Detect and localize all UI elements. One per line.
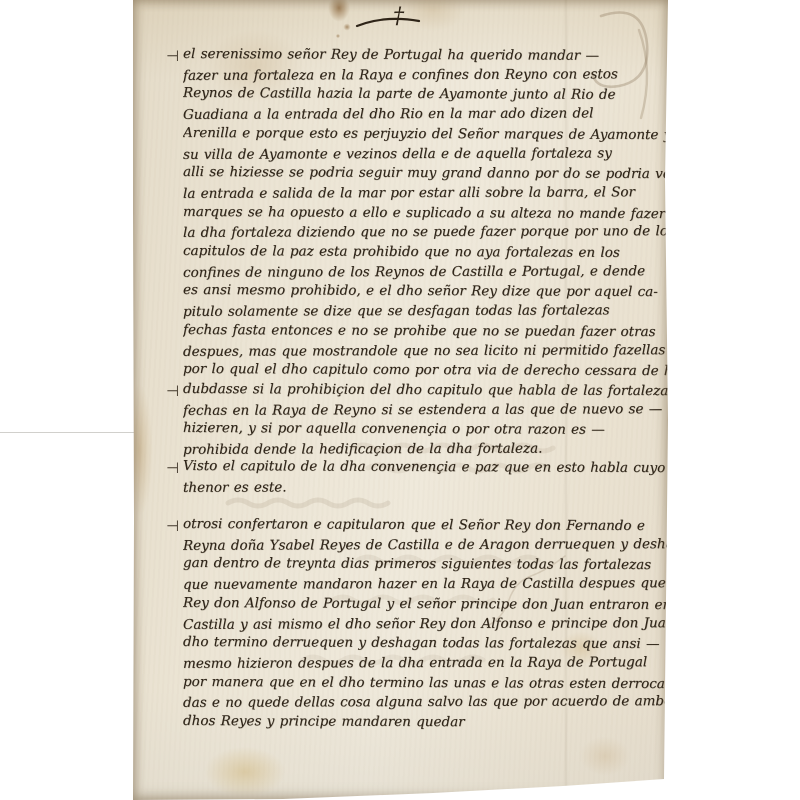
manuscript-line: dhos Reyes y principe mandaren quedar [183,712,671,734]
manuscript-line: capitulos de la paz esta prohibido que n… [183,242,671,264]
manuscript-line: Reyna doña Ysabel Reyes de Castilla e de… [183,535,671,556]
manuscript-line: el serenissimo señor Rey de Portugal ha … [183,45,671,67]
manuscript-line: es ansi mesmo prohibido, e el dho señor … [183,281,671,303]
paragraph-mark-icon: ⊣ [166,382,179,400]
manuscript-line: su villa de Ayamonte e vezinos della e d… [183,144,671,165]
manuscript-paragraph: ⊣ dubdasse si la prohibiçion del dho cap… [183,381,671,460]
backing-sheet-edge-line [0,432,134,433]
manuscript-line: por lo qual el dho capitulo como por otr… [183,360,671,382]
manuscript-line: despues, mas que mostrandole que no sea … [183,341,671,362]
manuscript-page: † ⊣ el serenissimo señor Rey de Portugal… [133,0,668,800]
manuscript-line: hizieren, y si por aquella convenençia o… [183,419,671,441]
invocation-cross-swoosh [357,19,419,26]
manuscript-line: dho termino derruequen y deshagan todas … [183,633,671,655]
manuscript-line: mesmo hizieron despues de la dha entrada… [183,653,671,674]
manuscript-line: confines de ninguno de los Reynos de Cas… [183,262,671,283]
manuscript-paragraph: ⊣ otrosi confertaron e capitularon que e… [183,516,671,733]
manuscript-line: fechas en la Raya de Reyno si se estende… [183,400,671,421]
manuscript-line: gan dentro de treynta dias primeros sigu… [183,554,671,576]
showthrough-text-ghost [228,500,388,506]
photograph-background: † ⊣ el serenissimo señor Rey de Portugal… [0,0,800,800]
manuscript-line: Rey don Alfonso de Portugal y el señor p… [183,594,671,616]
manuscript-paragraph: ⊣ el serenissimo señor Rey de Portugal h… [183,46,671,381]
manuscript-line: Guadiana a la entrada del dho Rio en la … [183,104,671,125]
manuscript-line: Castilla y asi mismo el dho señor Rey do… [183,614,671,635]
manuscript-line: das e no quede dellas cosa alguna salvo … [183,692,671,713]
paragraph-lines: el serenissimo señor Rey de Portugal ha … [183,46,671,381]
paragraph-lines: dubdasse si la prohibiçion del dho capit… [183,381,671,460]
manuscript-line: fazer una fortaleza en la Raya e confine… [183,65,671,86]
manuscript-line: Arenilla e porque esto es perjuyzio del … [183,124,671,146]
manuscript-line: pitulo solamente se dize que se desfagan… [183,301,671,322]
manuscript-line: thenor es este. [183,477,671,498]
manuscript-line: alli se hiziesse se podria seguir muy gr… [183,163,671,185]
manuscript-line: marques se ha opuesto a ello e suplicado… [183,203,671,225]
manuscript-line: la dha fortaleza diziendo que no se pued… [183,222,671,243]
paragraph-mark-icon: ⊣ [166,517,179,535]
paragraph-mark-icon: ⊣ [166,47,179,65]
paragraph-lines: otrosi confertaron e capitularon que el … [183,516,671,733]
manuscript-line: Reynos de Castilla hazia la parte de Aya… [183,84,671,106]
invocation-cross-icon: † [393,4,404,29]
manuscript-line: que nuevamente mandaron hazer en la Raya… [183,574,671,595]
manuscript-line: la entrada e salida de la mar por estar … [183,183,671,204]
manuscript-line: otrosi confertaron e capitularon que el … [183,515,671,537]
paragraph-lines: Visto el capitulo de la dha convenençia … [183,458,671,497]
manuscript-line: Visto el capitulo de la dha convenençia … [183,457,671,479]
manuscript-line: dubdasse si la prohibiçion del dho capit… [183,380,671,402]
manuscript-paragraph: ⊣ Visto el capitulo de la dha convenençi… [183,458,671,497]
manuscript-line: por manera que en el dho termino las una… [183,673,671,695]
manuscript-line: fechas fasta entonces e no se prohibe qu… [183,321,671,343]
paragraph-mark-icon: ⊣ [166,459,179,477]
